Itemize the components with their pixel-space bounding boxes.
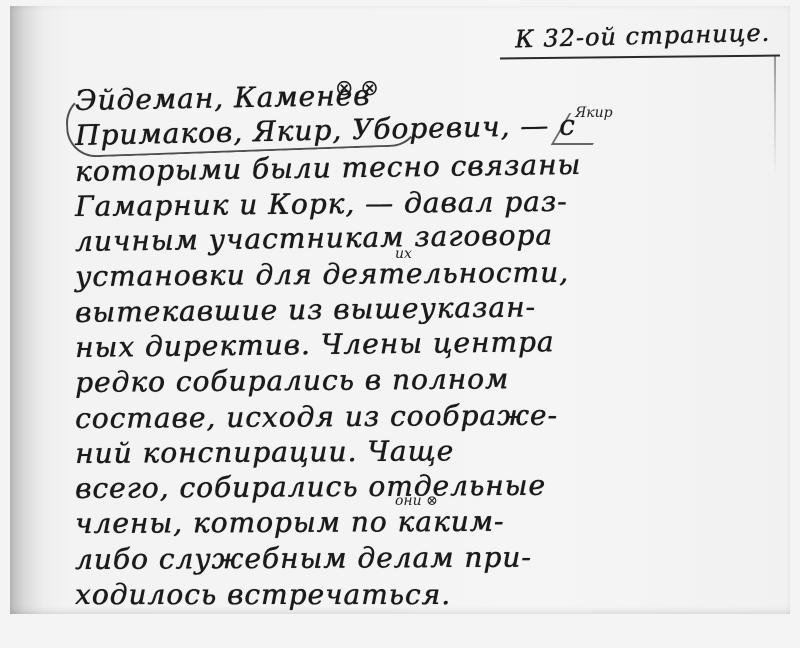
manuscript-line-13: члены, которым по каким-: [75, 505, 505, 540]
manuscript-line-11: ний конспирации. Чаще: [75, 434, 454, 470]
line-text: редко собирались в полном: [75, 362, 509, 399]
manuscript-line-4: Гамарник и Корк, — давал раз-: [75, 185, 568, 223]
manuscript-line-5: личным участникам заговора: [75, 218, 553, 258]
line-text: члены, которым по каким-: [75, 505, 505, 540]
line-text: которыми были тесно связаны: [75, 147, 582, 187]
line-text: Гамарник и Корк, — давал раз-: [75, 185, 568, 223]
crossed-circle-marks: ⊗ ⊗: [335, 76, 379, 101]
line-text: ходилось встречаться.: [75, 578, 451, 611]
line-text: либо служебным делам при-: [75, 540, 532, 575]
manuscript-line-3: которыми были тесно связаны: [75, 147, 582, 187]
line-text: ных директив. Члены центра: [75, 325, 555, 364]
scanned-document: К 32-ой странице. Эйдеман, Каменев ⊗ ⊗ Я…: [0, 0, 800, 648]
line-text: личным участникам заговора: [75, 218, 553, 258]
manuscript-line-10: составе, исходя из соображе-: [75, 398, 558, 434]
line-text: вытекавшие из вышеуказан-: [75, 290, 536, 329]
manuscript-line-8: ных директив. Члены центра: [75, 325, 555, 364]
manuscript-line-12: всего, собирались отдельные: [75, 469, 546, 505]
manuscript-line-14: либо служебным делам при-: [75, 540, 532, 575]
line-text: всего, собирались отдельные: [75, 469, 546, 505]
line-text: Эйдеман, Каменев: [75, 79, 371, 117]
line-text: составе, исходя из соображе-: [75, 398, 558, 434]
line-text: установки для деятельности,: [75, 256, 569, 293]
line-text: ний конспирации. Чаще: [75, 434, 454, 470]
paper-edge-shadow: [774, 56, 776, 176]
manuscript-line-9: редко собирались в полном: [75, 362, 509, 399]
manuscript-line-6: установки для деятельности,: [75, 256, 569, 293]
manuscript-line-1: Эйдеман, Каменев: [75, 79, 371, 117]
manuscript-line-7: вытекавшие из вышеуказан-: [75, 290, 536, 329]
manuscript-line-15: ходилось встречаться.: [75, 578, 451, 611]
